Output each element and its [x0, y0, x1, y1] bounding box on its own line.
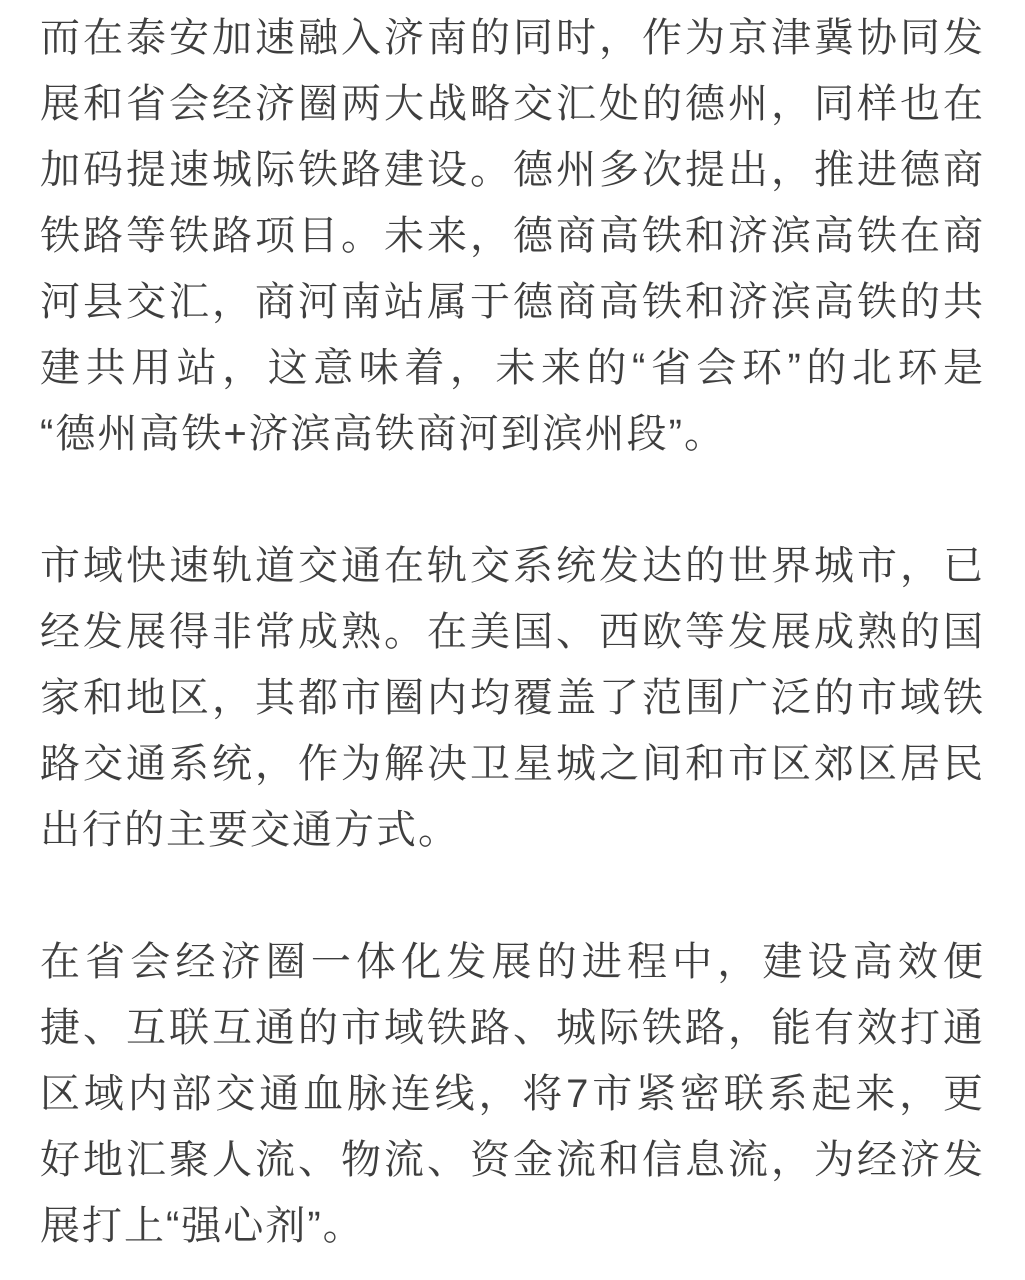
text-line: 加码提速城际铁路建设。德州多次提出，推进德商 [40, 137, 985, 203]
paragraph: 市域快速轨道交通在轨交系统发达的世界城市，已经发展得非常成熟。在美国、西欧等发展… [40, 533, 985, 863]
text-line: 而在泰安加速融入济南的同时，作为京津冀协同发 [40, 5, 985, 71]
text-line: 展和省会经济圈两大战略交汇处的德州，同样也在 [40, 71, 985, 137]
text-line: 好地汇聚人流、物流、资金流和信息流，为经济发 [40, 1127, 985, 1193]
paragraph: 在省会经济圈一体化发展的进程中，建设高效便捷、互联互通的市域铁路、城际铁路，能有… [40, 929, 985, 1259]
text-line: 家和地区，其都市圈内均覆盖了范围广泛的市域铁 [40, 665, 985, 731]
text-line: 建共用站，这意味着，未来的“省会环”的北环是 [40, 335, 985, 401]
text-line: 市域快速轨道交通在轨交系统发达的世界城市，已 [40, 533, 985, 599]
text-line: 区域内部交通血脉连线，将7市紧密联系起来，更 [40, 1061, 985, 1127]
text-line: 展打上“强心剂”。 [40, 1193, 985, 1259]
text-line: 在省会经济圈一体化发展的进程中，建设高效便 [40, 929, 985, 995]
text-line: “德州高铁+济滨高铁商河到滨州段”。 [40, 401, 985, 467]
text-line: 捷、互联互通的市域铁路、城际铁路，能有效打通 [40, 995, 985, 1061]
text-line: 河县交汇，商河南站属于德商高铁和济滨高铁的共 [40, 269, 985, 335]
text-line: 经发展得非常成熟。在美国、西欧等发展成熟的国 [40, 599, 985, 665]
text-line: 出行的主要交通方式。 [40, 797, 985, 863]
text-line: 铁路等铁路项目。未来，德商高铁和济滨高铁在商 [40, 203, 985, 269]
text-line: 路交通系统，作为解决卫星城之间和市区郊区居民 [40, 731, 985, 797]
article-content: 而在泰安加速融入济南的同时，作为京津冀协同发展和省会经济圈两大战略交汇处的德州，… [0, 0, 1025, 1279]
paragraph: 而在泰安加速融入济南的同时，作为京津冀协同发展和省会经济圈两大战略交汇处的德州，… [40, 5, 985, 467]
